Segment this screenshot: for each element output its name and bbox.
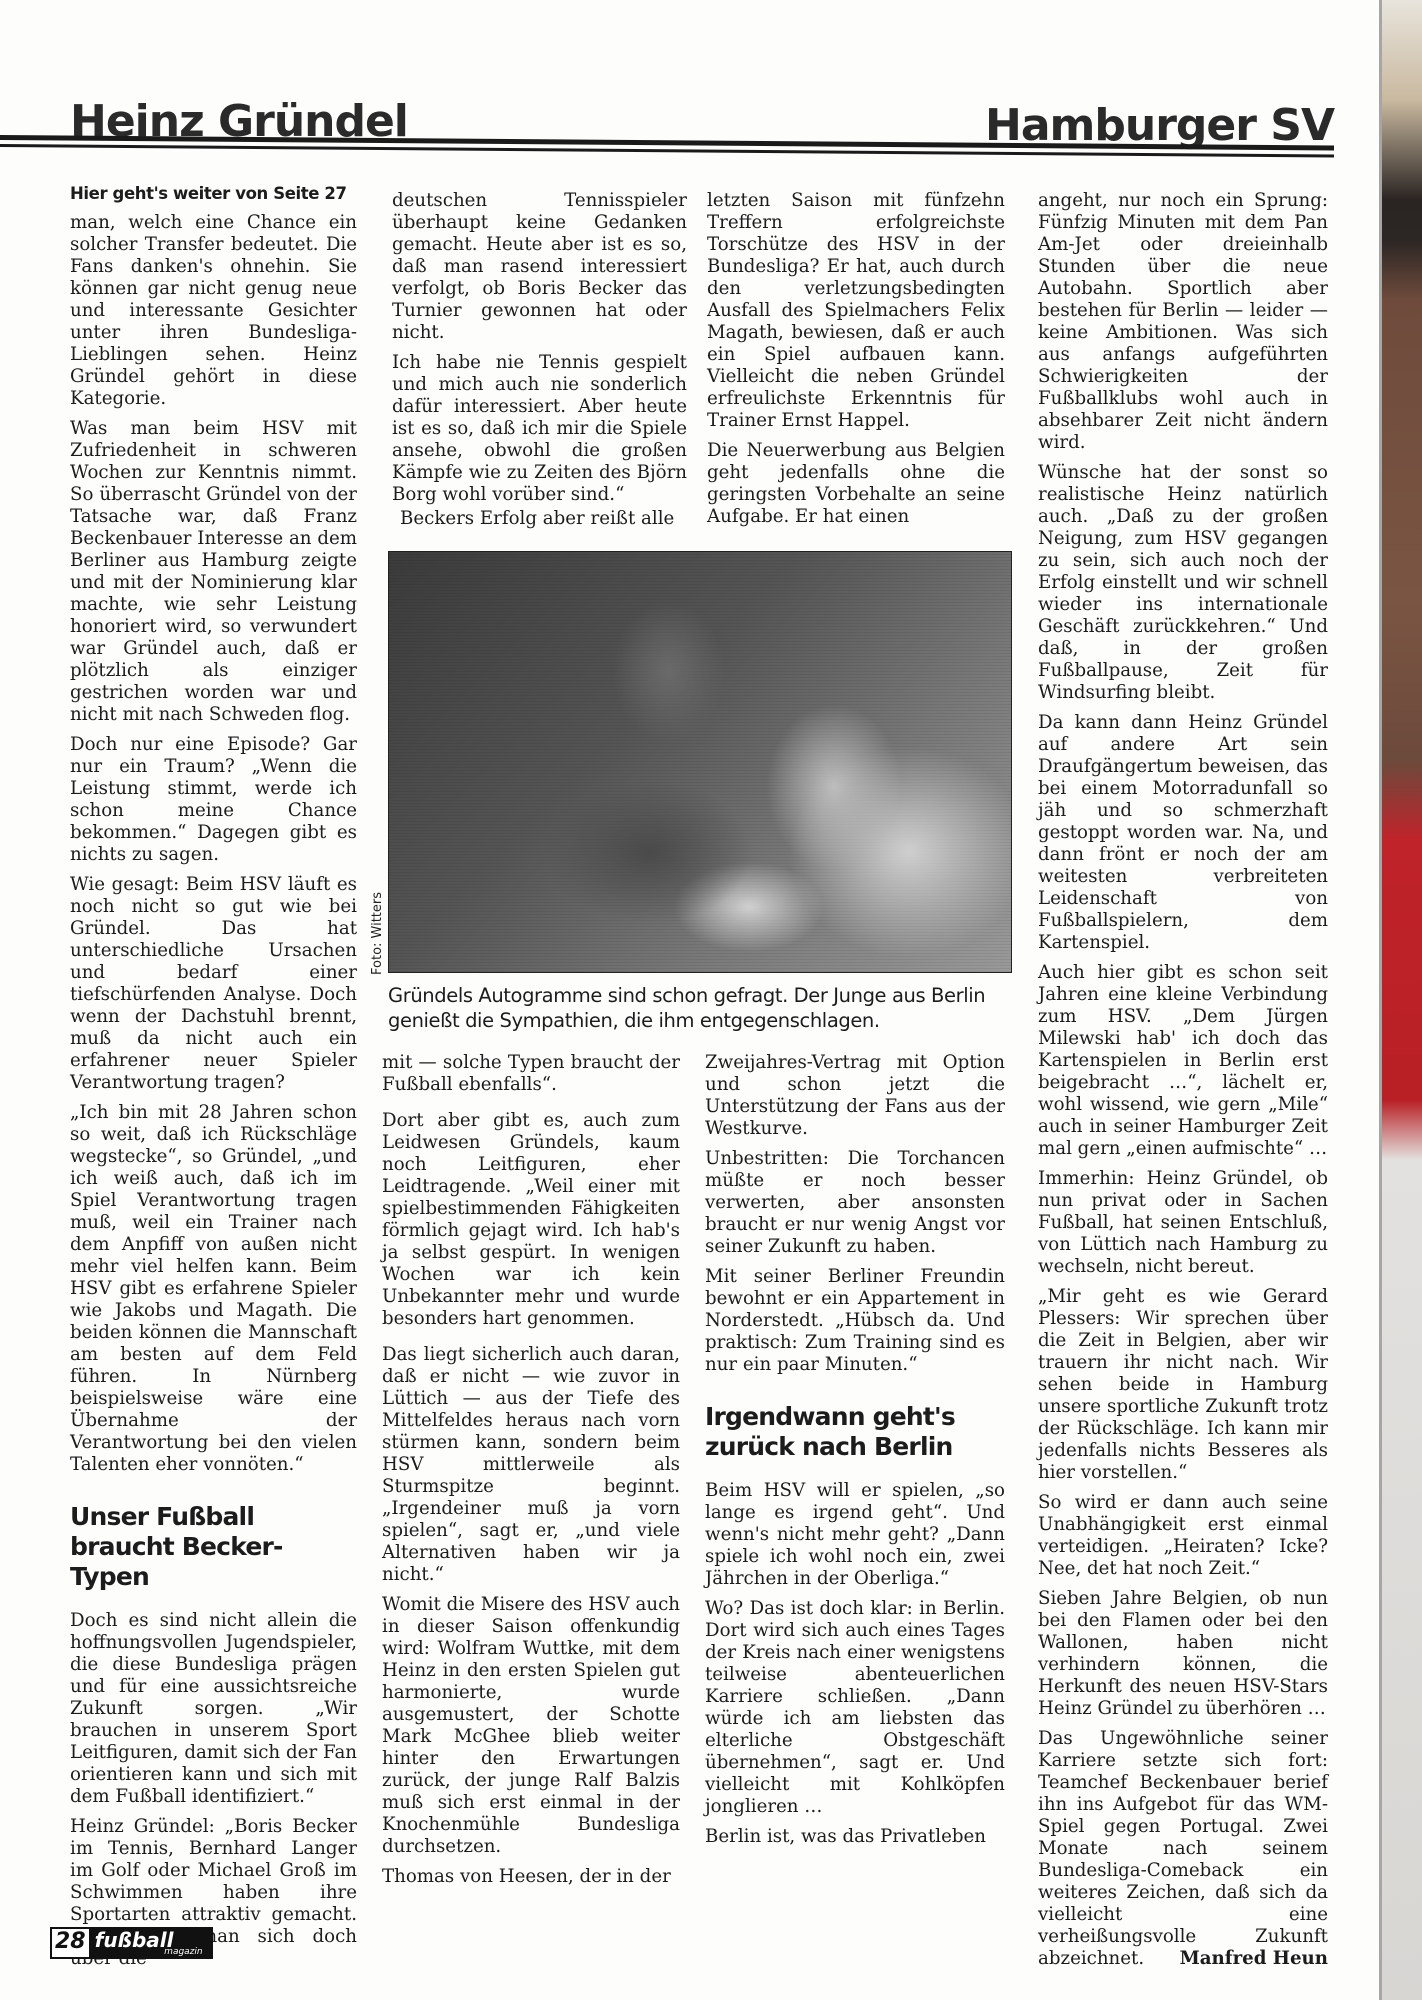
magazine-name: fußball: [95, 1928, 174, 1952]
article-column-2-top: deutschen Tennisspieler überhaupt keine …: [392, 190, 687, 538]
article-photo: [388, 551, 1012, 973]
page-number: 28: [52, 1929, 89, 1957]
paragraph: Beim HSV will er spielen, „so lange es i…: [705, 1480, 1005, 1590]
page-footer: 28 fußball magazin: [50, 1927, 213, 1959]
paragraph: Mit seiner Berliner Freundin bewohnt er …: [705, 1266, 1005, 1376]
paragraph: Da kann dann Heinz Gründel auf andere Ar…: [1038, 712, 1328, 954]
paragraph: Immerhin: Heinz Gründel, ob nun privat o…: [1038, 1168, 1328, 1278]
paragraph: Die Neuerwerbung aus Belgien geht jedenf…: [707, 440, 1005, 528]
paragraph: Zweijahres-Vertrag mit Option und schon …: [705, 1052, 1005, 1140]
magazine-subtitle: magazin: [164, 1948, 202, 1957]
paragraph: Doch es sind nicht allein die hoffnungsv…: [70, 1610, 357, 1808]
paragraph: Doch nur eine Episode? Gar nur ein Traum…: [70, 734, 357, 866]
paragraph: Berlin ist, was das Privatleben: [705, 1826, 1005, 1848]
paragraph: So wird er dann auch seine Unabhängigkei…: [1038, 1492, 1328, 1580]
article-column-1: man, welch eine Chance ein solcher Trans…: [70, 212, 357, 1978]
author-byline: Manfred Heun: [1180, 1948, 1328, 1970]
subheading: Unser Fußball braucht Becker-Typen: [70, 1502, 357, 1592]
adjacent-page-edge: [1379, 0, 1422, 2000]
paragraph: Sieben Jahre Belgien, ob nun bei den Fla…: [1038, 1588, 1328, 1720]
paragraph: „Mir geht es wie Gerard Plessers: Wir sp…: [1038, 1286, 1328, 1484]
paragraph: Beckers Erfolg aber reißt alle: [392, 508, 687, 530]
paragraph: Was man beim HSV mit Zufriedenheit in sc…: [70, 418, 357, 726]
paragraph-text: Das Ungewöhnliche seiner Karriere setzte…: [1038, 1728, 1328, 1969]
paragraph: deutschen Tennisspieler überhaupt keine …: [392, 190, 687, 344]
continued-from-note: Hier geht's weiter von Seite 27: [70, 184, 347, 203]
paragraph: Auch hier gibt es schon seit Jahren eine…: [1038, 962, 1328, 1160]
paragraph: mit — solche Typen braucht der Fußball e…: [382, 1052, 680, 1096]
paragraph: Dort aber gibt es, auch zum Leidwesen Gr…: [382, 1110, 680, 1330]
paragraph: man, welch eine Chance ein solcher Trans…: [70, 212, 357, 410]
magazine-logo: fußball magazin: [89, 1929, 211, 1957]
paragraph: Wünsche hat der sonst so realistische He…: [1038, 462, 1328, 704]
article-column-3-top: letzten Saison mit fünfzehn Treffern erf…: [707, 190, 1005, 536]
photo-credit: Foto: Witters: [370, 892, 385, 975]
paragraph: Unbestritten: Die Torchancen müßte er no…: [705, 1148, 1005, 1258]
paragraph: „Ich bin mit 28 Jahren schon so weit, da…: [70, 1102, 357, 1476]
paragraph: Womit die Misere des HSV auch in dieser …: [382, 1594, 680, 1858]
photo-caption: Gründels Autogramme sind schon gefragt. …: [388, 983, 1018, 1033]
paragraph: Das liegt sicherlich auch daran, daß er …: [382, 1344, 680, 1586]
paragraph-final: Das Ungewöhnliche seiner Karriere setzte…: [1038, 1728, 1328, 1970]
article-column-2-bottom: mit — solche Typen braucht der Fußball e…: [382, 1052, 680, 1896]
paragraph: letzten Saison mit fünfzehn Treffern erf…: [707, 190, 1005, 432]
article-column-4: angeht, nur noch ein Sprung: Fünfzig Min…: [1038, 190, 1328, 1978]
paragraph: Wie gesagt: Beim HSV läuft es noch nicht…: [70, 874, 357, 1094]
paragraph: Thomas von Heesen, der in der: [382, 1866, 680, 1888]
paragraph: Wo? Das ist doch klar: in Berlin. Dort w…: [705, 1598, 1005, 1818]
paragraph: angeht, nur noch ein Sprung: Fünfzig Min…: [1038, 190, 1328, 454]
article-column-3-bottom: Zweijahres-Vertrag mit Option und schon …: [705, 1052, 1005, 1856]
subheading: Irgendwann geht's zurück nach Berlin: [705, 1402, 1005, 1462]
paragraph: Ich habe nie Tennis gespielt und mich au…: [392, 352, 687, 506]
